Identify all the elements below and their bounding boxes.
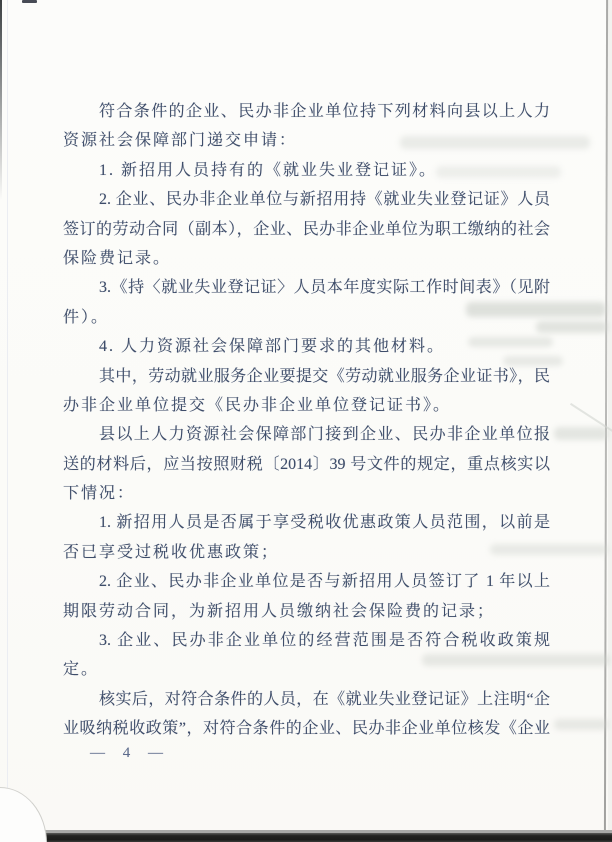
text-line: 否已享受过税收优惠政策； [63, 538, 550, 567]
scan-artifact-topleft-dash [22, 0, 37, 3]
text-line: 1. 新招用人员持有的《就业失业登记证》。 [63, 156, 550, 185]
text-line: 办非企业单位提交《民办非企业单位登记证书》。 [63, 391, 550, 420]
text-line: 资源社会保障部门递交申请： [63, 126, 550, 155]
scanned-document-page: 符合条件的企业、民办非企业单位持下列材料向县以上人力 资源社会保障部门递交申请：… [0, 0, 612, 842]
text-line: 2. 企业、民办非企业单位是否与新招用人员签订了 1 年以上 [63, 567, 550, 596]
text-line: 签订的劳动合同（副本），企业、民办非企业单位为职工缴纳的社会 [63, 215, 550, 244]
document-body: 符合条件的企业、民办非企业单位持下列材料向县以上人力 资源社会保障部门递交申请：… [63, 97, 550, 744]
text-line: 1. 新招用人员是否属于享受税收优惠政策人员范围，以前是 [63, 508, 550, 537]
text-line: 定。 [63, 655, 550, 684]
text-line: 3.《持〈就业失业登记证〉人员本年度实际工作时间表》（见附 [63, 273, 550, 302]
text-line: 4. 人力资源社会保障部门要求的其他材料。 [63, 332, 550, 361]
text-line: 送的材料后，应当按照财税〔2014〕39 号文件的规定，重点核实以 [63, 450, 550, 479]
scan-artifact-corner-curl [0, 787, 47, 842]
text-line: 业吸纳税收政策”，对符合条件的企业、民办非企业单位核发《企业 [63, 714, 550, 743]
text-line: 核实后，对符合条件的人员，在《就业失业登记证》上注明“企 [63, 685, 550, 714]
text-line: 其中，劳动就业服务企业要提交《劳动就业服务企业证书》，民 [63, 362, 550, 391]
text-line: 2. 企业、民办非企业单位与新招用持《就业失业登记证》人员 [63, 185, 550, 214]
scan-artifact-left-edge [0, 0, 2, 200]
scan-artifact-page-edge [604, 0, 608, 842]
text-line: 3. 企业、民办非企业单位的经营范围是否符合税收政策规 [63, 626, 550, 655]
scan-artifact-left-line [7, 0, 8, 842]
bleedthrough-smudge [554, 719, 608, 730]
text-line: 县以上人力资源社会保障部门接到企业、民办非企业单位报 [63, 420, 550, 449]
scan-artifact-crease [570, 403, 612, 435]
scan-artifact-right-margin [608, 0, 612, 842]
text-line: 保险费记录。 [63, 244, 550, 273]
text-line: 期限劳动合同，为新招用人员缴纳社会保险费的记录； [63, 597, 550, 626]
text-line: 符合条件的企业、民办非企业单位持下列材料向县以上人力 [63, 97, 550, 126]
bleedthrough-smudge [554, 427, 608, 440]
page-number: — 4 — [90, 745, 167, 762]
text-line: 下情况： [63, 479, 550, 508]
scan-artifact-bottom-shadow [28, 830, 612, 833]
scan-artifact-bottom-band [28, 833, 612, 842]
text-line: 件）。 [63, 303, 550, 332]
